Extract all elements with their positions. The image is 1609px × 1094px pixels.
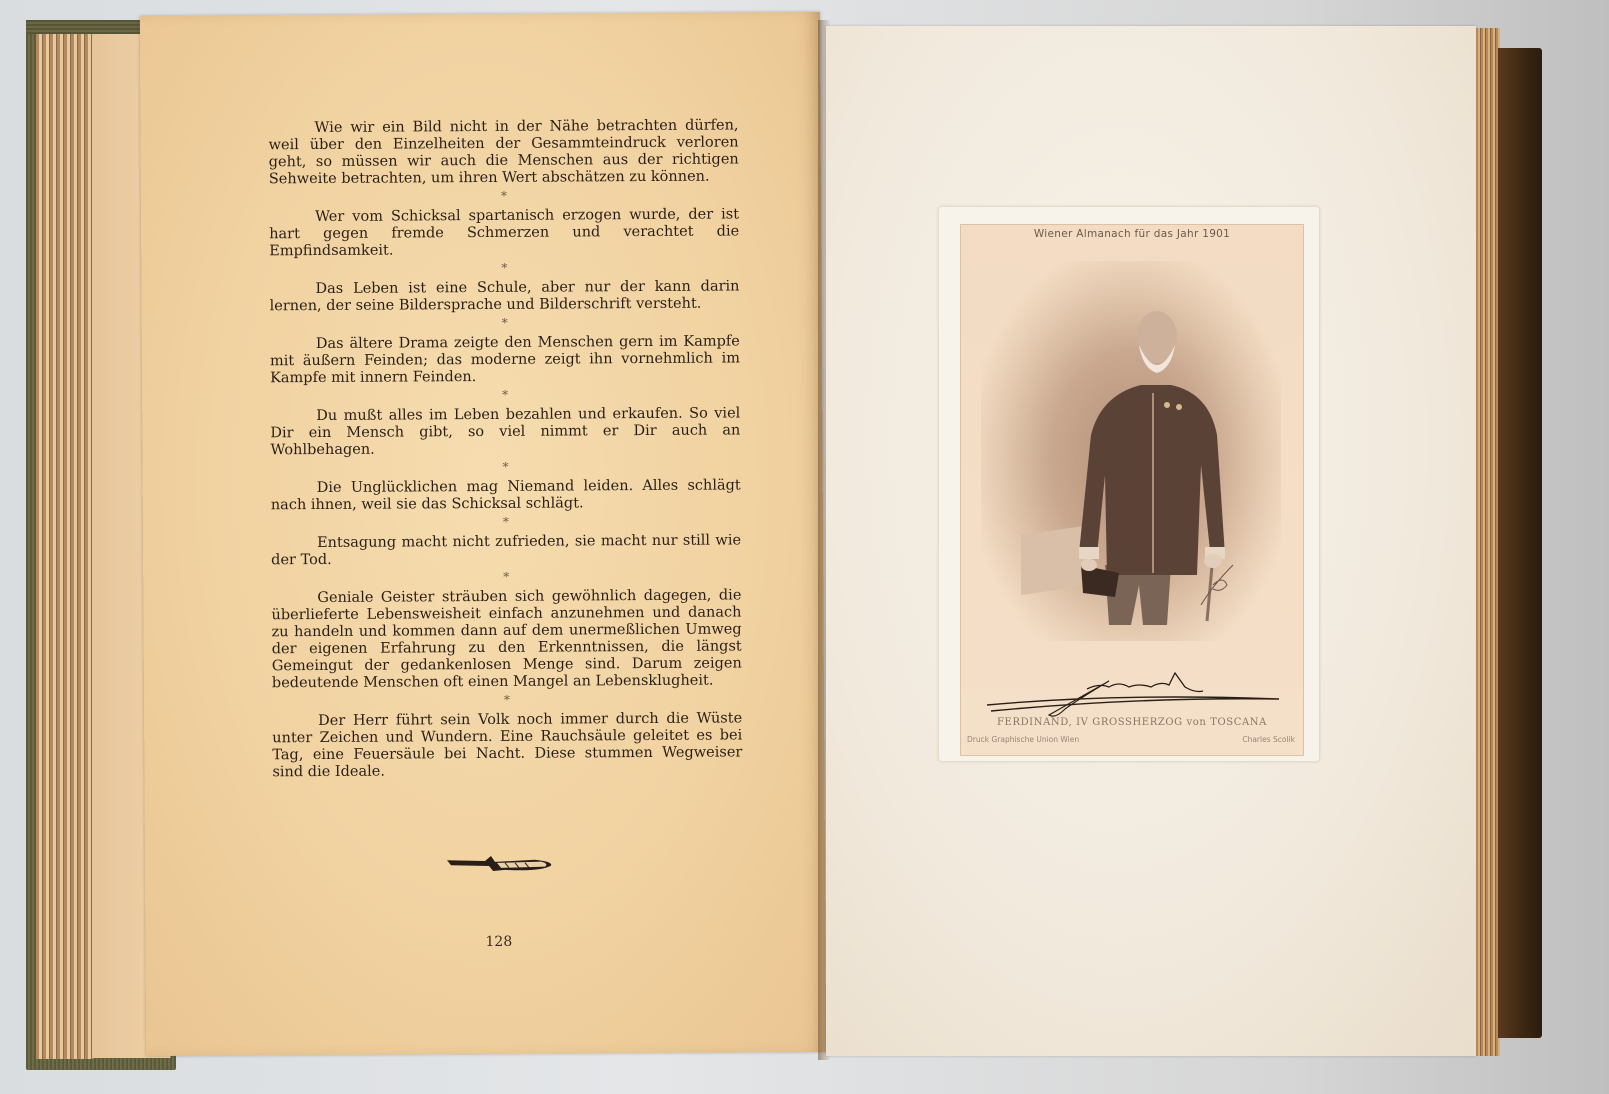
asterisk-separator: * (271, 459, 741, 474)
left-page-stack (36, 34, 94, 1059)
asterisk-separator: * (272, 692, 742, 707)
aphorism: Wer vom Schicksal spartanisch erzogen wu… (269, 206, 739, 260)
aphorism: Geniale Geister sträuben sich gewöhnlich… (271, 587, 742, 692)
handwritten-signature-icon (979, 663, 1289, 723)
aphorism-text-block: Wie wir ein Bild nicht in der Nähe betra… (268, 117, 742, 781)
asterisk-separator: * (270, 387, 740, 402)
asterisk-separator: * (269, 260, 739, 275)
open-book: Wie wir ein Bild nicht in der Nähe betra… (0, 0, 1609, 1094)
plate-caption: FERDINAND, IV GROSSHERZOG von TOSCANA (961, 717, 1303, 728)
aphorism: Der Herr führt sein Volk noch immer durc… (272, 710, 742, 781)
asterisk-separator: * (270, 315, 740, 330)
asterisk-separator: * (271, 569, 741, 584)
photographer-signature-icon (1193, 545, 1253, 615)
page-number: 128 (485, 934, 512, 950)
aphorism: Das Leben ist eine Schule, aber nur der … (269, 278, 739, 315)
photographer-credit: Charles Scolik (1242, 735, 1295, 744)
photogravure-plate: Wiener Almanach für das Jahr 1901 (960, 224, 1304, 756)
aphorism: Wie wir ein Bild nicht in der Nähe betra… (268, 117, 738, 188)
right-page-stack (1476, 28, 1500, 1056)
quill-ornament-icon (445, 852, 555, 875)
asterisk-separator: * (271, 514, 741, 529)
printer-credit: Druck Graphische Union Wien (967, 735, 1079, 744)
aphorism: Entsagung macht nicht zufrieden, sie mac… (271, 532, 741, 569)
left-text-page: Wie wir ein Bild nicht in der Nähe betra… (140, 12, 826, 1056)
aphorism: Die Unglücklichen mag Niemand leiden. Al… (271, 477, 741, 514)
aphorism: Das ältere Drama zeigte den Menschen ger… (270, 333, 740, 387)
plate-header: Wiener Almanach für das Jahr 1901 (961, 228, 1303, 240)
aphorism: Du mußt alles im Leben bezahlen und erka… (270, 405, 740, 459)
right-cover-board (1498, 48, 1542, 1038)
asterisk-separator: * (269, 188, 739, 203)
